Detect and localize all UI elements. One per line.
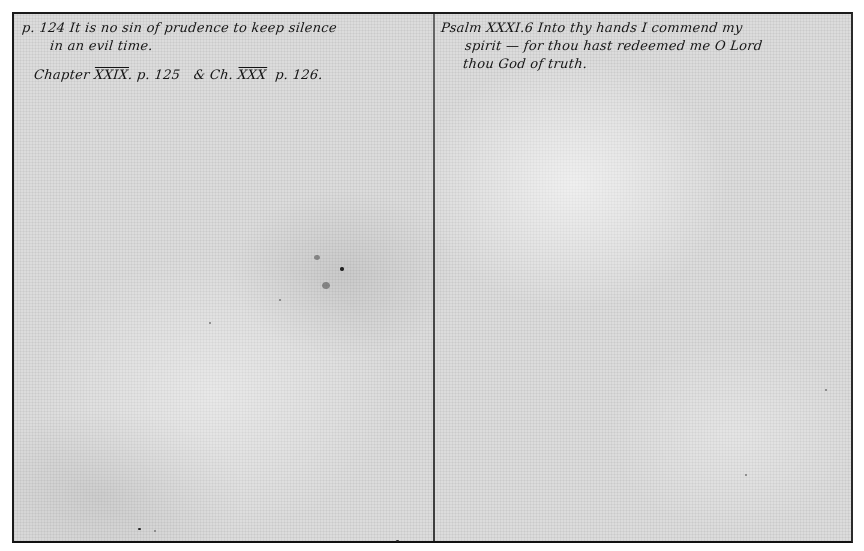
manuscript-frame: p. 124 It is no sin of prudence to keep … (12, 12, 853, 543)
stray-mark (209, 322, 211, 324)
left-line-1: p. 124 It is no sin of prudence to keep … (21, 20, 338, 37)
stray-mark (825, 389, 827, 391)
ink-spot (138, 528, 141, 530)
chapter-numeral-1: XXIX (93, 68, 129, 83)
right-line-1: Psalm XXXI.6 Into thy hands I commend my (440, 20, 743, 37)
stain-spot (314, 255, 320, 260)
chapter-numeral-2: XXX (237, 68, 267, 83)
left-line-3: Chapter XXIX. p. 125 & Ch. XXX p. 126. (33, 67, 324, 84)
chapter-label-2: Ch. (209, 68, 234, 83)
stray-mark (279, 299, 281, 301)
ink-spot (396, 540, 399, 542)
chapter-connector: & (193, 68, 206, 83)
right-line-3: thou God of truth. (462, 56, 588, 73)
chapter-page-2: p. 126. (274, 68, 323, 83)
stray-mark (745, 474, 747, 476)
chapter-label-1: Chapter (33, 68, 90, 83)
right-line-2: spirit — for thou hast redeemed me O Lor… (464, 38, 763, 55)
right-page: Psalm XXXI.6 Into thy hands I commend my… (435, 14, 853, 541)
ink-spot (340, 267, 344, 271)
left-line-2: in an evil time. (49, 38, 154, 55)
stain-spot (322, 282, 330, 289)
left-page: p. 124 It is no sin of prudence to keep … (14, 14, 433, 541)
chapter-page-1: p. 125 (136, 68, 181, 83)
stray-mark (154, 530, 156, 532)
